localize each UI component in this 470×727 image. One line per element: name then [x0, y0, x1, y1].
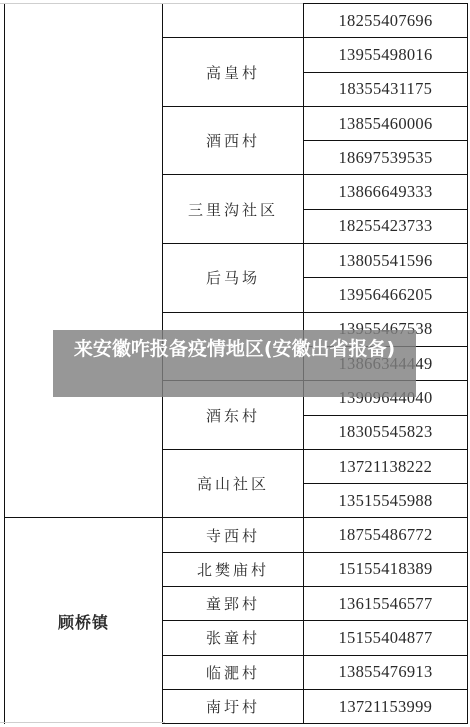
- phone-cell: 13721153999: [304, 689, 468, 723]
- title-overlay-banner: 来安徽咋报备疫情地区(安徽出省报备): [53, 330, 416, 397]
- phone-cell: 15155418389: [304, 552, 468, 586]
- village-cell: 临淝村: [163, 655, 304, 689]
- phone-cell: 18255407696: [304, 4, 468, 38]
- phone-cell: 18355431175: [304, 72, 468, 106]
- table-row: 顾桥镇 寺西村 18755486772: [5, 518, 468, 552]
- phone-cell: 18255423733: [304, 209, 468, 243]
- town-cell: 顾桥镇: [5, 518, 163, 724]
- table-row: 18255407696: [5, 4, 468, 38]
- village-cell: 童郢村: [163, 587, 304, 621]
- phone-cell: 13866649333: [304, 175, 468, 209]
- town-cell: [5, 4, 163, 518]
- phone-cell: 13955498016: [304, 38, 468, 72]
- phone-cell: 13721138222: [304, 449, 468, 483]
- village-cell: 北樊庙村: [163, 552, 304, 586]
- phone-cell: 18305545823: [304, 415, 468, 449]
- village-cell: 寺西村: [163, 518, 304, 552]
- page-bottom-rule: [0, 722, 165, 723]
- phone-cell: 13615546577: [304, 587, 468, 621]
- phone-cell: 15155404877: [304, 621, 468, 655]
- village-cell: 张童村: [163, 621, 304, 655]
- phone-cell: 13515545988: [304, 484, 468, 518]
- village-cell: 高山社区: [163, 449, 304, 518]
- village-cell: 南圩村: [163, 689, 304, 723]
- phone-cell: 18755486772: [304, 518, 468, 552]
- village-cell: 酒西村: [163, 106, 304, 175]
- village-cell: 后马场: [163, 244, 304, 313]
- phone-cell: 13805541596: [304, 244, 468, 278]
- phone-cell: 13855460006: [304, 106, 468, 140]
- phone-cell: 13956466205: [304, 278, 468, 312]
- phone-cell: 13855476913: [304, 655, 468, 689]
- village-cell: [163, 4, 304, 38]
- phone-cell: 18697539535: [304, 141, 468, 175]
- village-cell: 高皇村: [163, 38, 304, 107]
- village-cell: 三里沟社区: [163, 175, 304, 244]
